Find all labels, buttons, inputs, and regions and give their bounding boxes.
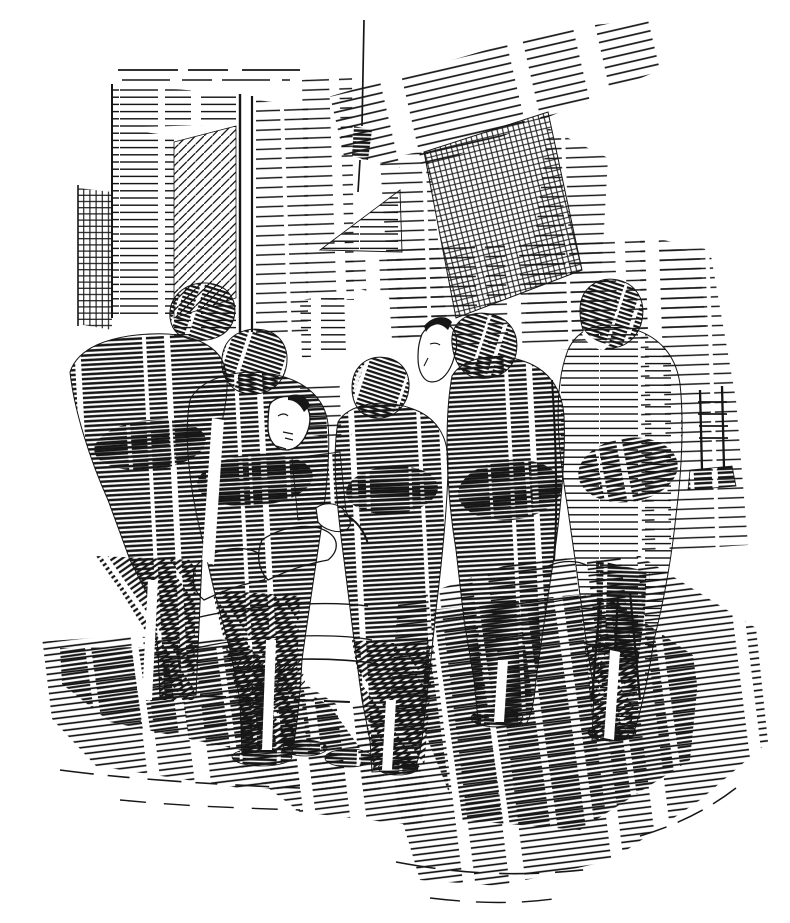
man-second-left-shoe bbox=[232, 748, 292, 766]
illustration bbox=[0, 0, 790, 923]
man-far-left-head bbox=[170, 283, 235, 340]
man-second-left-head bbox=[222, 329, 287, 394]
illustration-page bbox=[0, 0, 790, 923]
man-center-shoe bbox=[325, 749, 373, 767]
man-center-right-head bbox=[452, 313, 517, 378]
wall-slats-patch bbox=[300, 294, 346, 358]
window-pane-right bbox=[256, 100, 308, 334]
man-second-left-shoe bbox=[283, 740, 327, 756]
man-center-head bbox=[352, 357, 409, 418]
blind-slats-left bbox=[112, 128, 174, 318]
chair-seat bbox=[688, 466, 736, 490]
window-lattice-block bbox=[78, 188, 112, 330]
